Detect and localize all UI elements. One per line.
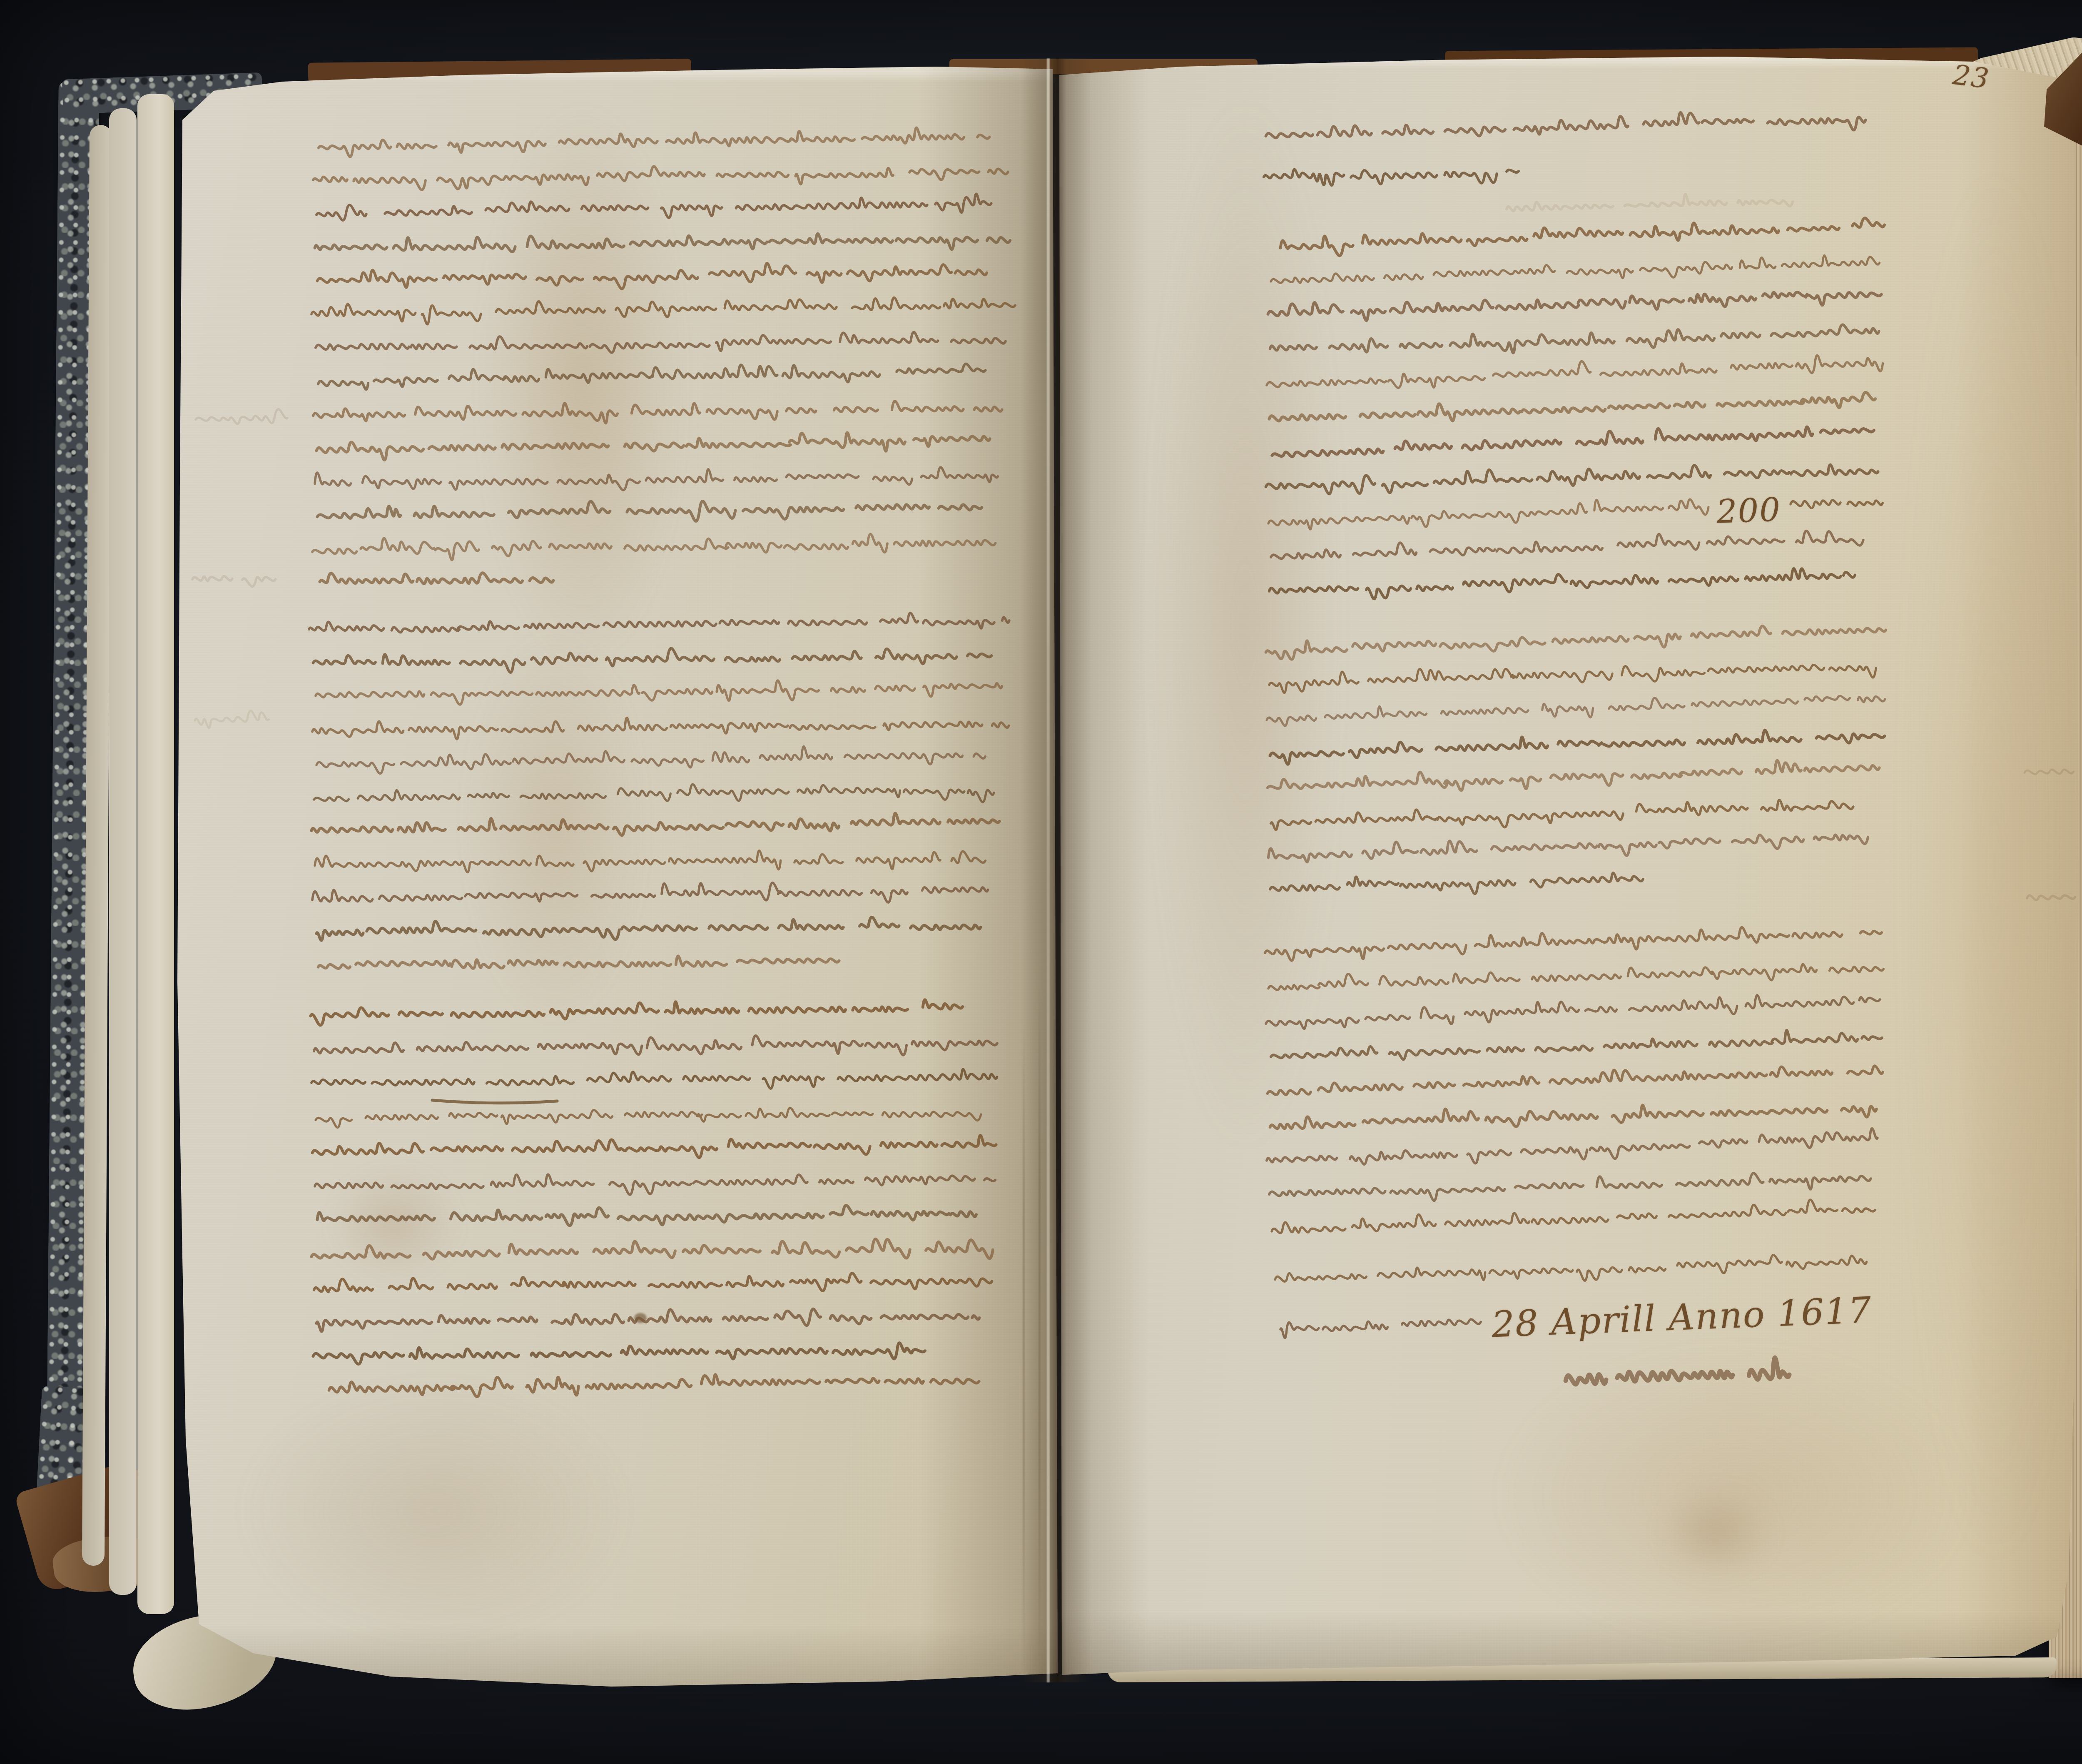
paper-texture: [174, 66, 1061, 1690]
photo-background: 23 200 28 Aprill Anno 1617: [0, 0, 2082, 1764]
paper-texture: [1058, 54, 2080, 1676]
water-stain: [1158, 104, 1332, 1145]
page-fold-line: [1039, 982, 1041, 1673]
left-page: [174, 66, 1061, 1690]
water-stain: [1495, 1345, 1974, 1645]
ink-spot: [634, 1313, 647, 1323]
page-number: 23: [1951, 59, 1992, 95]
page-edge-strip-left-3: [137, 94, 174, 1614]
water-stain: [1657, 1487, 1774, 1578]
water-stain: [482, 103, 682, 665]
water-stain: [1911, 179, 2078, 1553]
right-page: 23 200 28 Aprill Anno 1617: [1058, 54, 2080, 1676]
date-text: 28 Aprill Anno 1617: [1491, 1289, 1873, 1345]
amount-text: 200: [1716, 491, 1781, 531]
water-stain: [466, 628, 645, 1024]
water-stain: [237, 1378, 632, 1644]
page-fold-line: [1023, 1024, 1025, 1669]
water-stain: [332, 1169, 457, 1278]
page-edge-strip-left-2: [109, 108, 137, 1595]
